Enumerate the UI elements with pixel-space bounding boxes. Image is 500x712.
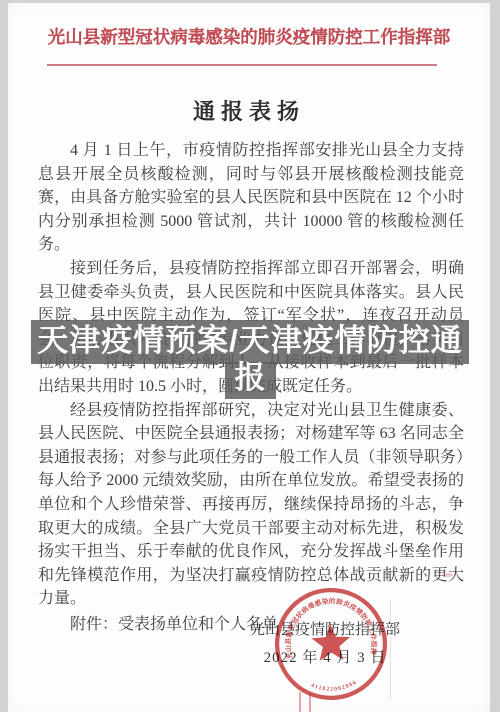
- document-body: 4 月 1 日上午，市疫情防控指挥部安排光山县全力支持息县开展全员核酸检测，同时…: [38, 139, 464, 636]
- paragraph-2: 接到任务后，县疫情防控指挥部立即召开部署会，明确县卫健委牵头负责，县人民医院和中…: [38, 257, 464, 399]
- signature-block: 光山县疫情防控指挥部 2022 年 4 月 3 日: [245, 622, 405, 667]
- paragraph-3: 经县疫情防控指挥部研究，决定对光山县卫生健康委、县人民医院、中医院全县通报表扬；…: [38, 399, 464, 611]
- header-divider-rule: [47, 64, 437, 66]
- scanned-document-page: { "doc": { "org_header": "光山县新型冠状病毒感染的肺炎…: [0, 0, 500, 712]
- document-org-header: 光山县新型冠状病毒感染的肺炎疫情防控工作指挥部: [8, 24, 490, 49]
- paragraph-1: 4 月 1 日上午，市疫情防控指挥部安排光山县全力支持息县开展全员核酸检测，同时…: [38, 139, 464, 257]
- document-title: 通报表扬: [8, 95, 490, 126]
- signature-date: 2022 年 4 月 3 日: [245, 650, 405, 667]
- signature-org: 光山县疫情防控指挥部: [245, 622, 405, 639]
